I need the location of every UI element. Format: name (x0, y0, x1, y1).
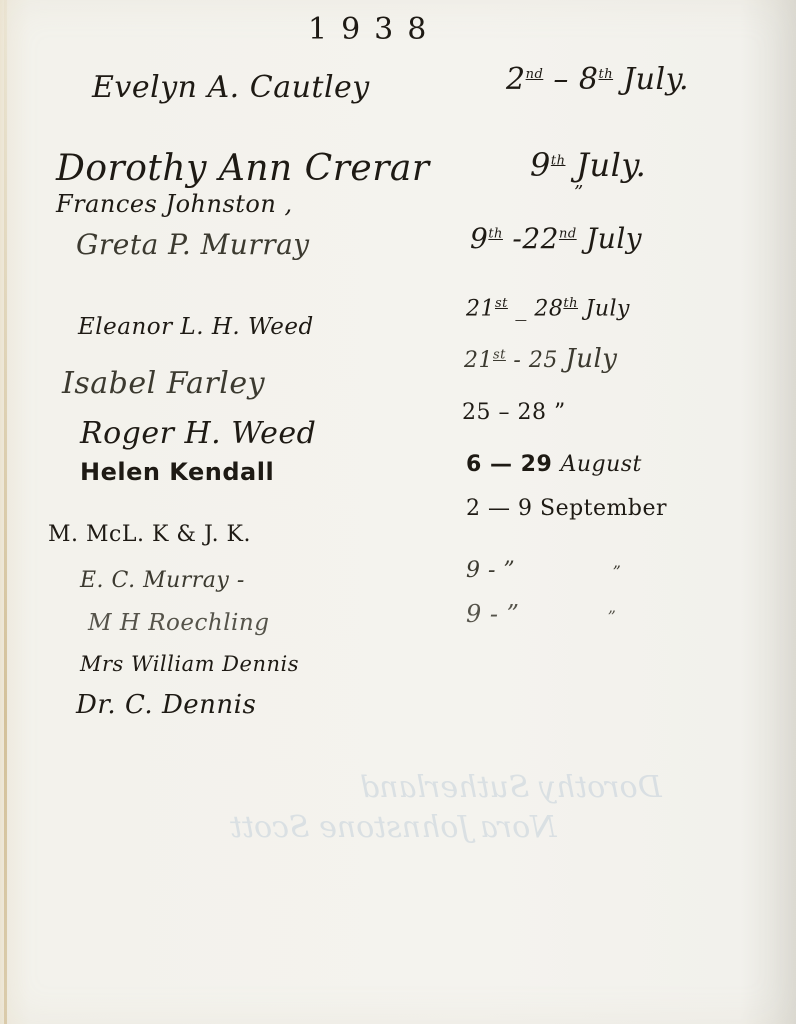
guest-name: M H Roechling (88, 610, 269, 636)
stay-dates: 2 — 9 September (466, 496, 667, 521)
guest-name: E. C. Murray - (80, 568, 245, 593)
guest-name: Eleanor L. H. Weed (78, 314, 314, 340)
guest-name: M. McL. K & J. K. (48, 522, 251, 547)
page-spine-edge (4, 0, 7, 1024)
guestbook-page: Dorothy Sutherland Nora Johnstone Scott … (0, 0, 796, 1024)
guest-name: Frances Johnston , (56, 190, 293, 218)
page-year: 1938 (308, 12, 440, 47)
guest-name: Isabel Farley (62, 366, 265, 401)
guest-name: Evelyn A. Cautley (92, 70, 370, 105)
guest-name: Roger H. Weed (80, 416, 316, 451)
guest-name: Helen Kendall (80, 458, 274, 486)
stay-dates: 9th -22nd July (470, 222, 642, 255)
stay-dates: 9th July. (530, 146, 646, 184)
stay-dates: 9 - ” ” (466, 600, 616, 628)
stay-dates: 21st - 25 July (464, 344, 618, 374)
stay-dates: 25 – 28 ” (462, 400, 566, 425)
guest-name: Greta P. Murray (76, 228, 310, 261)
ditto-mark: ” (574, 182, 584, 203)
guest-name: Mrs William Dennis (80, 652, 299, 676)
stay-dates: 2nd – 8th July. (506, 62, 689, 97)
show-through-line: Dorothy Sutherland (360, 770, 662, 805)
show-through-line: Nora Johnstone Scott (230, 810, 556, 845)
guest-name: Dr. C. Dennis (76, 690, 256, 720)
stay-dates: 9 - ” ” (466, 558, 621, 583)
guest-name: Dorothy Ann Crerar (56, 148, 430, 189)
stay-dates: 6 — 29 August (466, 452, 642, 477)
stay-dates: 21st _ 28th July (466, 296, 630, 321)
